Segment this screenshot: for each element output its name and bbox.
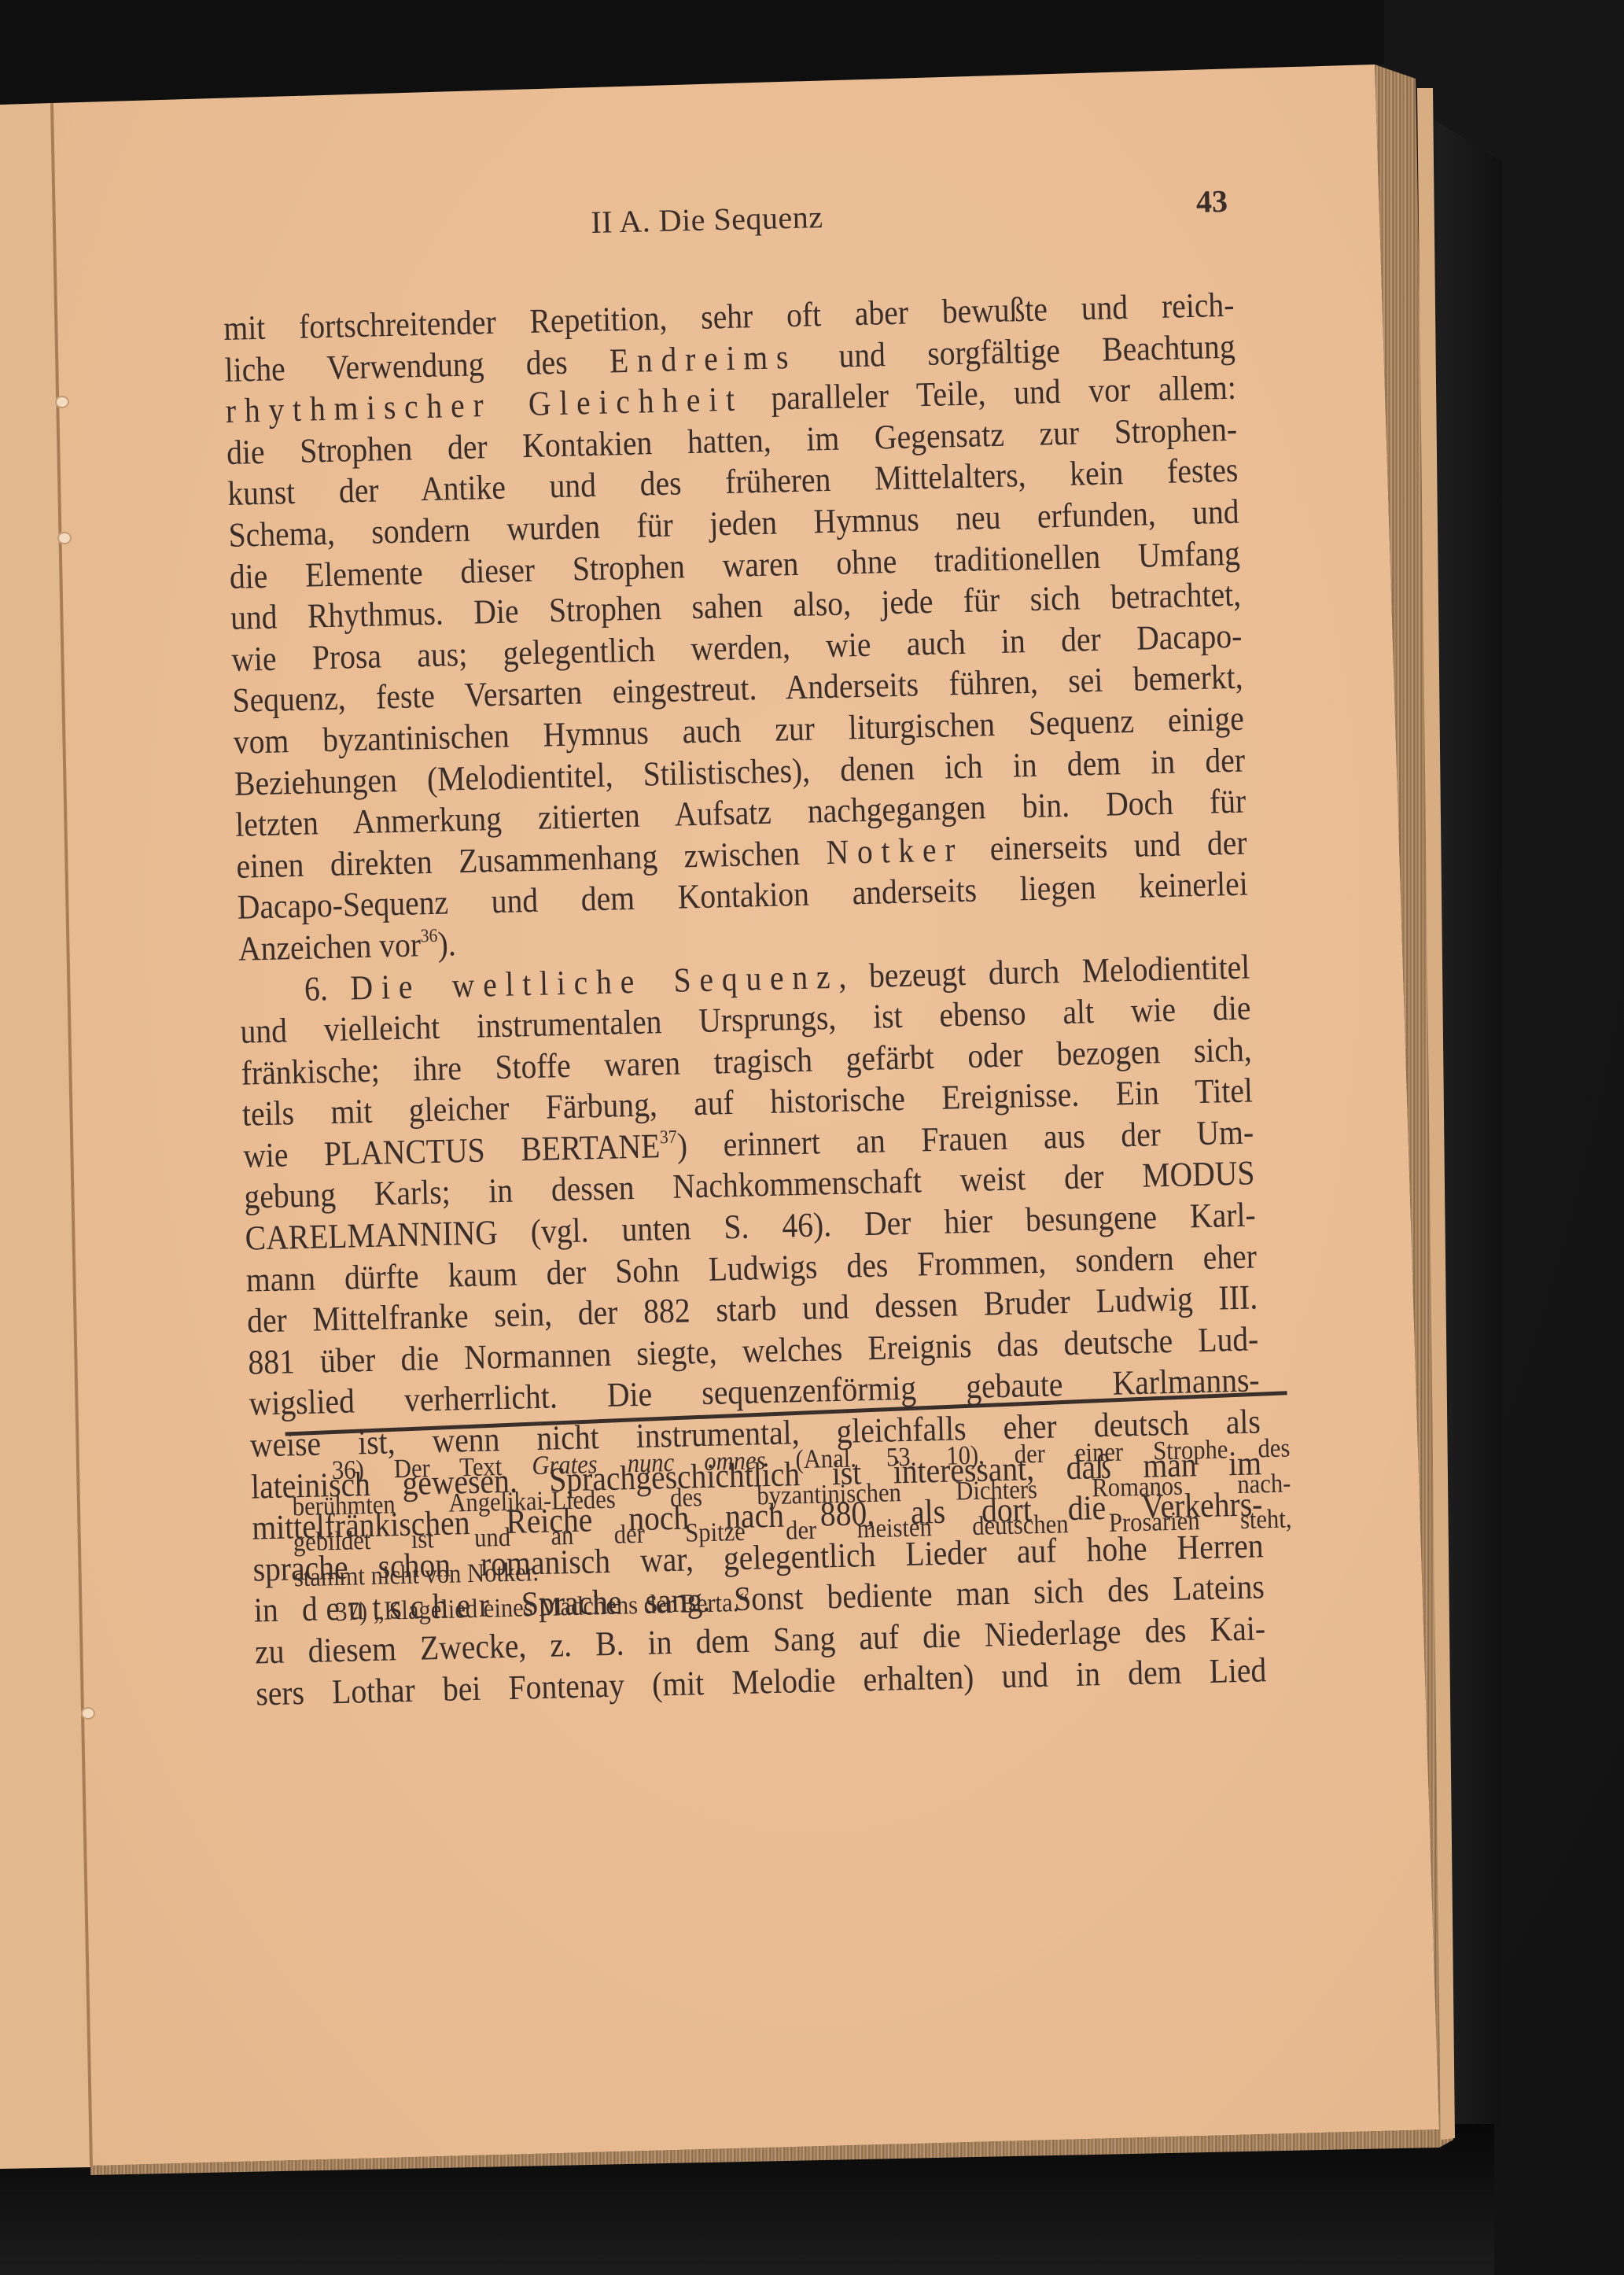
footnote-marker: 37 xyxy=(660,1127,677,1149)
text-run: liche Verwendung des xyxy=(224,341,609,389)
spaced-emphasis: Notker xyxy=(826,830,964,872)
page-number: 43 xyxy=(1195,183,1228,220)
text-run: , bezeugt durch Melodientitel xyxy=(838,947,1250,995)
running-header: II A. Die Sequenz xyxy=(591,198,823,241)
footnote-marker: 36 xyxy=(420,926,437,947)
italic-title: Grates nunc omnes xyxy=(532,1446,766,1480)
text-run: 36) Der Text xyxy=(332,1451,532,1485)
binding-stitch-hole xyxy=(81,1707,95,1720)
binding-stitch-hole xyxy=(57,532,72,544)
binding-stitch-hole xyxy=(55,396,69,408)
spaced-emphasis: Endreims xyxy=(609,337,797,380)
text-run: 6. xyxy=(304,968,351,1008)
footnotes: 36) Der Text Grates nunc omnes (Anal. 53… xyxy=(291,1430,1294,1631)
text-run: ). xyxy=(437,924,456,964)
text-run: einerseits und der xyxy=(963,823,1247,868)
text-run: wie PLANCTUS BERTANE xyxy=(243,1126,661,1174)
text-run: Anzeichen vor xyxy=(238,925,421,968)
